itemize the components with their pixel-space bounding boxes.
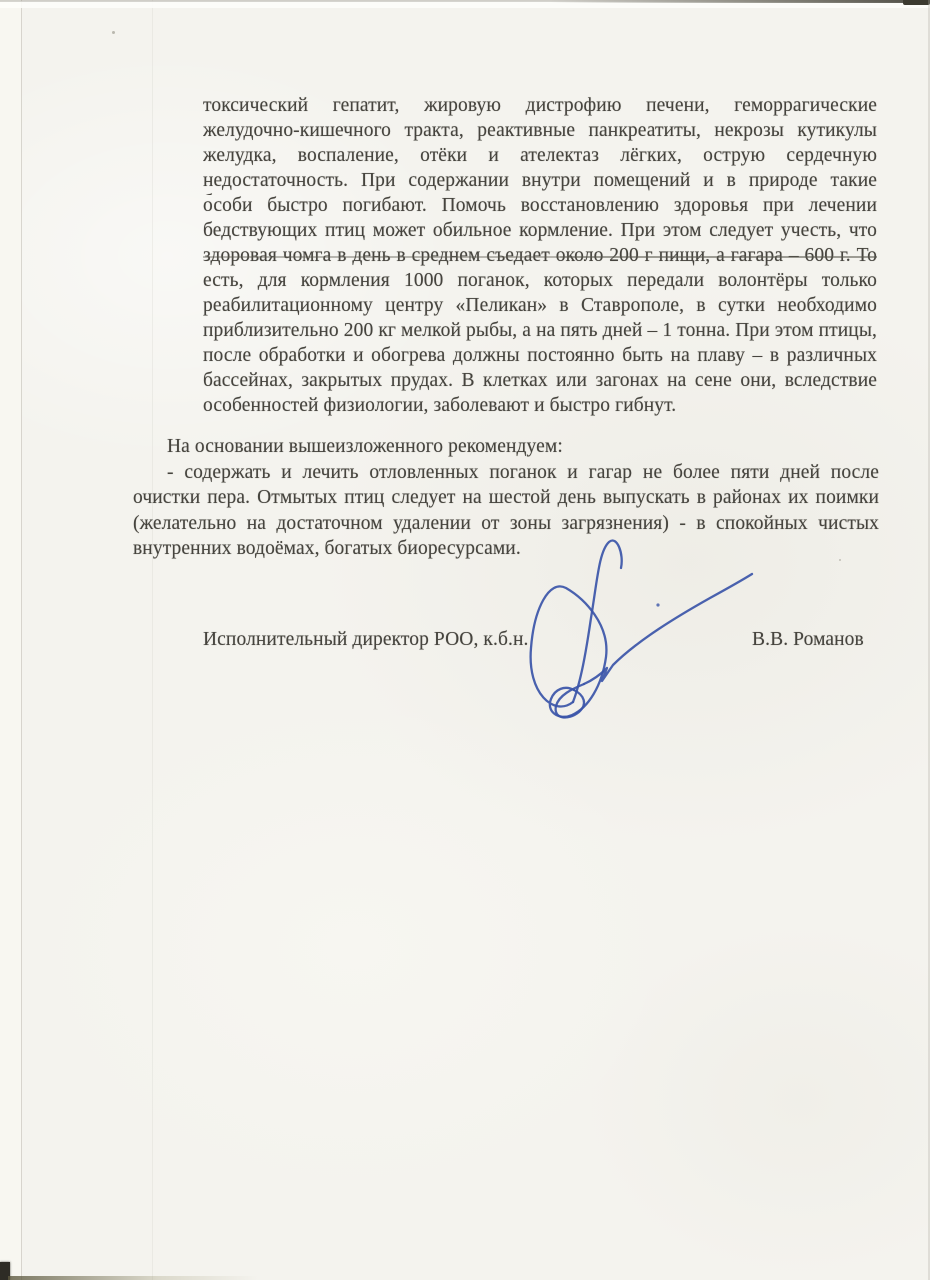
signature-ink bbox=[498, 528, 768, 723]
signature-title: Исполнительный директор РОО, к.б.н. bbox=[203, 629, 529, 651]
text-line: токсический гепатит, жировую дистрофию п… bbox=[203, 95, 877, 120]
text-line: На основании вышеизложенного рекомендуем… bbox=[133, 436, 879, 462]
text-line: после обработки и обогрева должны постоя… bbox=[203, 345, 877, 370]
text-line: бедствующих птиц может обильное кормлени… bbox=[203, 220, 877, 245]
text-line: приблизительно 200 кг мелкой рыбы, а на … bbox=[203, 320, 877, 345]
text-line: желудочно-кишечного тракта, реактивные п… bbox=[203, 120, 877, 145]
text-line: реабилитационному центру «Пеликан» в Ста… bbox=[203, 295, 877, 320]
text-line: здоровая чомга в день в среднем съедает … bbox=[203, 245, 877, 270]
text-line: особенностей физиологии, заболевают и бы… bbox=[203, 395, 877, 420]
text-line: желудка, воспаление, отёки и ателектаз л… bbox=[203, 145, 877, 170]
text-line: бассейнах, закрытых прудах. В клетках ил… bbox=[203, 370, 877, 395]
scan-artifact-line bbox=[560, 256, 877, 258]
text-line: - содержать и лечить отловленных поганок… bbox=[133, 462, 879, 488]
scanned-document-page: токсический гепатит, жировую дистрофию п… bbox=[0, 0, 930, 1280]
signatory-name: В.В. Романов bbox=[752, 629, 864, 651]
scan-top-edge-shadow bbox=[550, 0, 930, 3]
text-line: недостаточность. При содержании внутри п… bbox=[203, 170, 877, 195]
paper-speck bbox=[112, 31, 115, 34]
text-line: особи быстро погибают. Помочь восстановл… bbox=[203, 195, 877, 220]
signature-block: Исполнительный директор РОО, к.б.н. В.В.… bbox=[0, 629, 930, 655]
body-paragraph-1: токсический гепатит, жировую дистрофию п… bbox=[203, 95, 877, 420]
scan-bottom-edge-line bbox=[8, 1276, 258, 1280]
text-line: очистки пера. Отмытых птиц следует на ше… bbox=[133, 487, 879, 513]
text-line: есть, для кормления 1000 поганок, которы… bbox=[203, 270, 877, 295]
scan-corner-mark bbox=[903, 0, 930, 5]
